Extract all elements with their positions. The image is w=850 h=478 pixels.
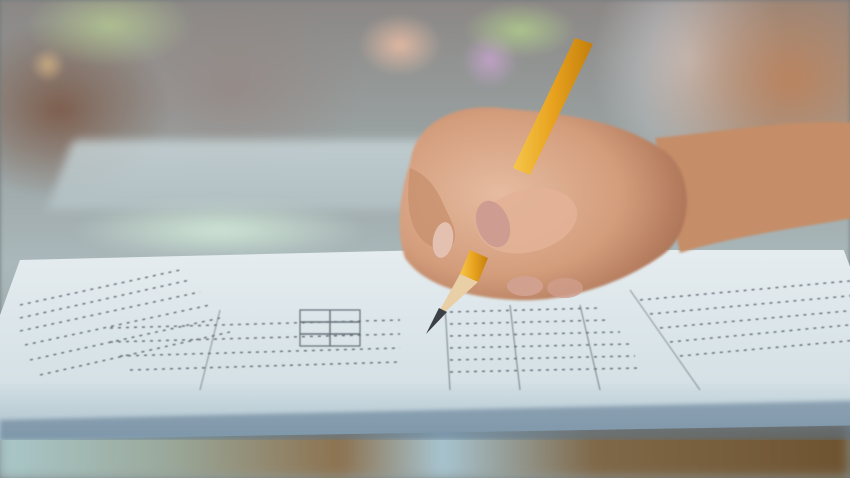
hand	[395, 78, 850, 308]
photo-scene	[0, 0, 850, 478]
